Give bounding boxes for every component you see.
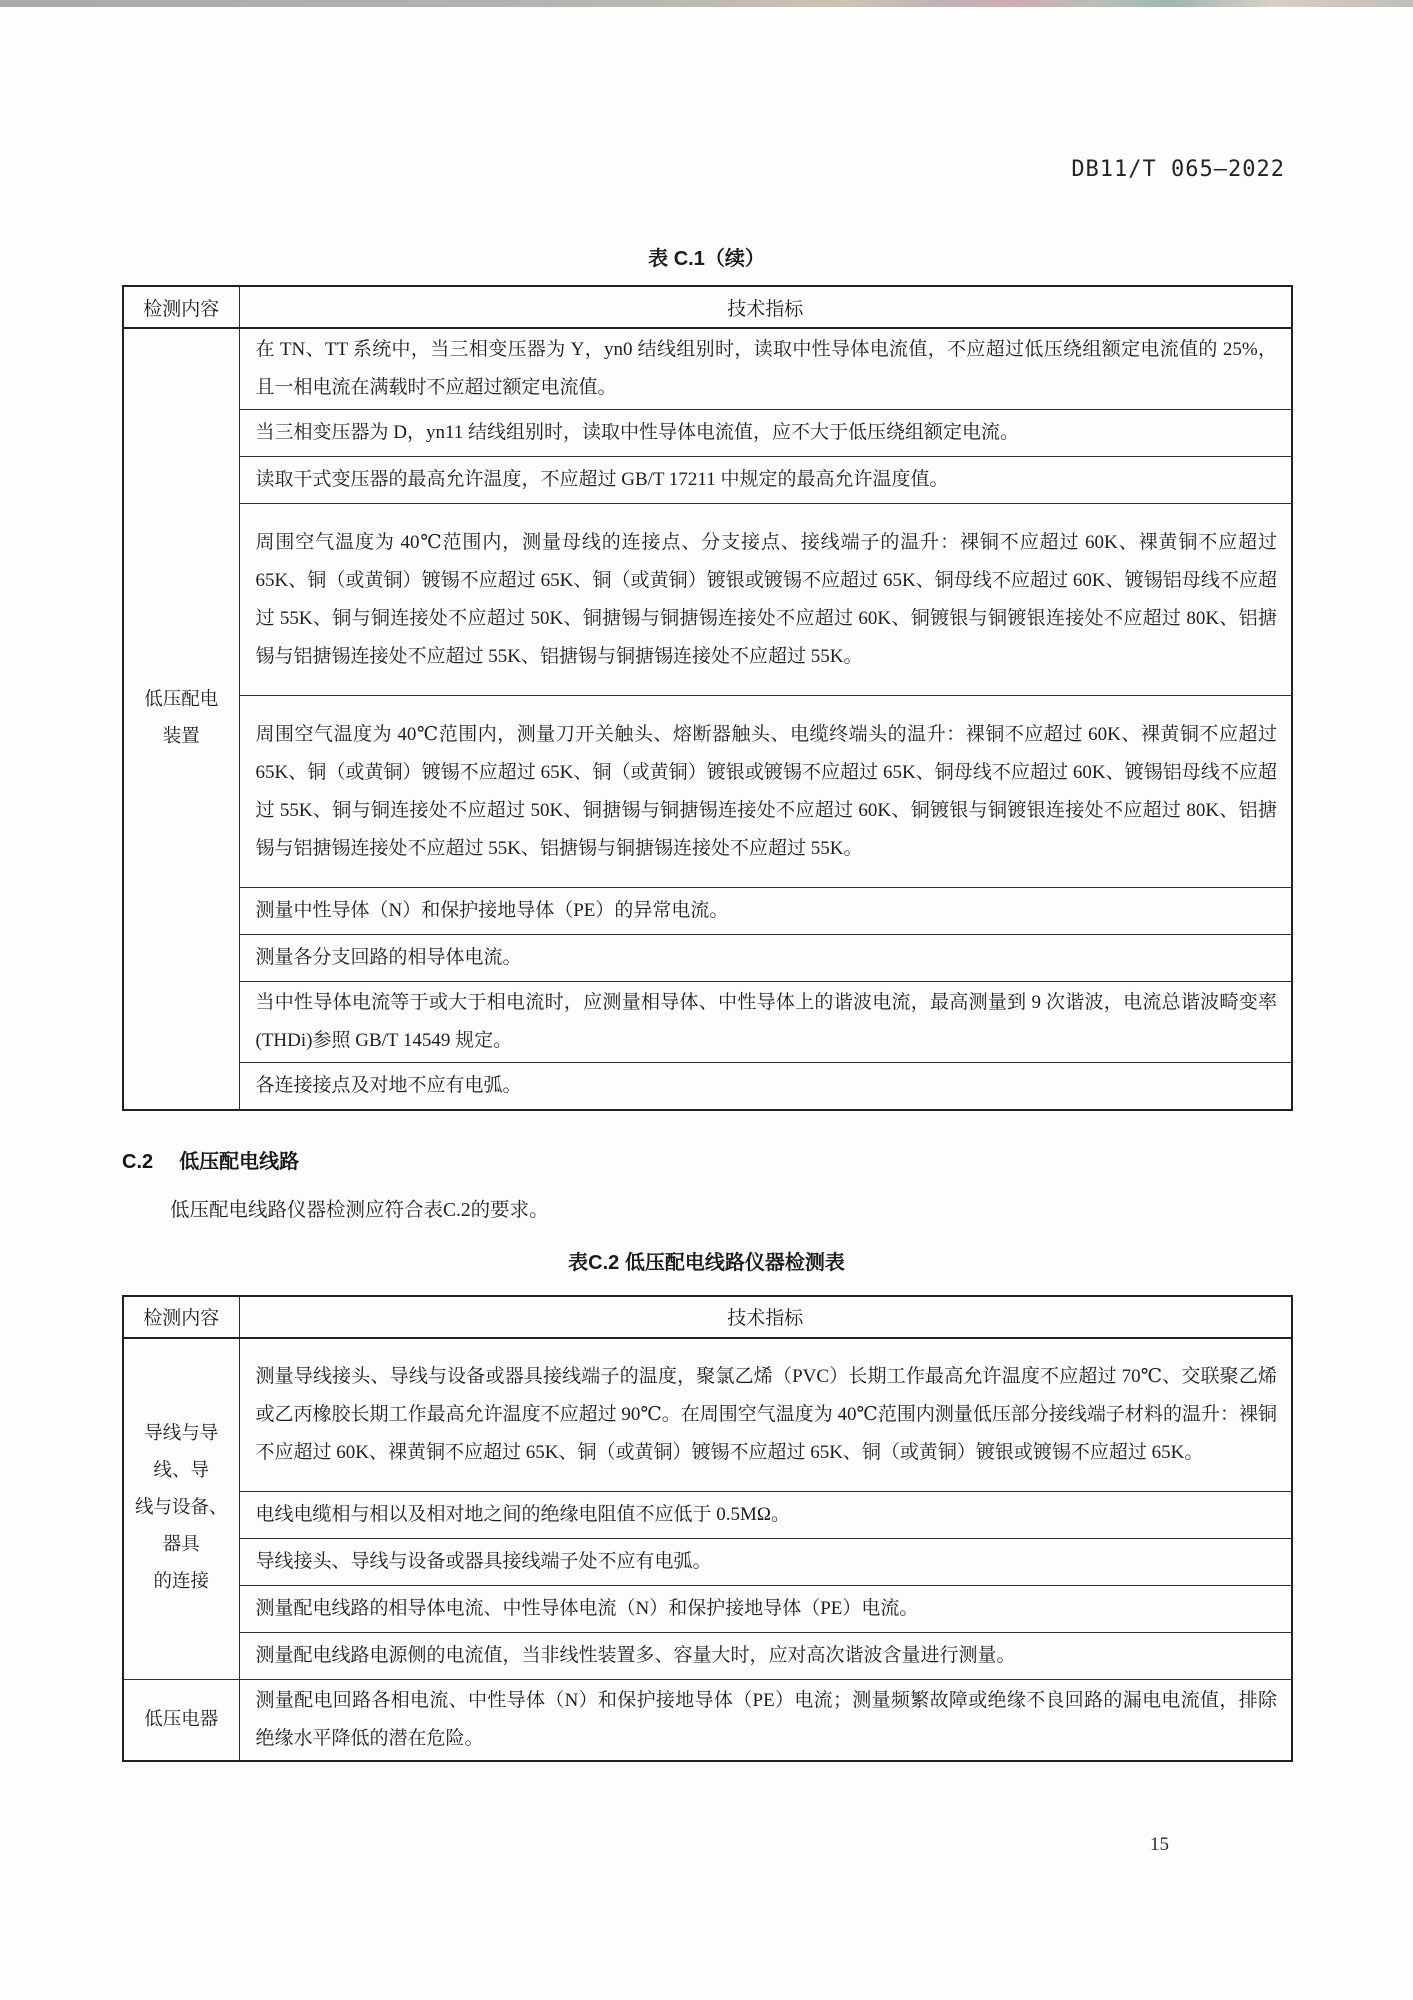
table-cell: 在 TN、TT 系统中，当三相变压器为 Y，yn0 结线组别时，读取中性导体电流…: [239, 328, 1292, 410]
section-title: 低压配电线路: [179, 1151, 299, 1173]
table-c2: 检测内容 技术指标 导线与导线、导 线与设备、器具 的连接 测量导线接头、导线与…: [122, 1295, 1293, 1763]
page-content: DB11/T 065—2022 表 C.1（续） 检测内容 技术指标 低压配电 …: [122, 157, 1291, 1762]
table-cell: 测量配电线路电源侧的电流值，当非线性装置多、容量大时，应对高次谐波含量进行测量。: [239, 1633, 1292, 1680]
section-c2-heading: C.2低压配电线路: [122, 1145, 1291, 1174]
document-page: DB11/T 065—2022 表 C.1（续） 检测内容 技术指标 低压配电 …: [0, 0, 1413, 2000]
doc-number: DB11/T 065—2022: [122, 157, 1291, 182]
table-cell: 测量中性导体（N）和保护接地导体（PE）的异常电流。: [239, 888, 1292, 935]
table-c1-col-header-spec: 技术指标: [239, 286, 1292, 328]
table-c1-col-header-content: 检测内容: [123, 286, 239, 328]
table-c2-col-header-spec: 技术指标: [239, 1296, 1292, 1338]
table-cell: 读取干式变压器的最高允许温度，不应超过 GB/T 17211 中规定的最高允许温…: [239, 457, 1292, 504]
table-cell: 测量各分支回路的相导体电流。: [239, 935, 1292, 982]
table-cell: 周围空气温度为 40℃范围内，测量刀开关触头、熔断器触头、电缆终端头的温升：裸铜…: [239, 696, 1292, 888]
table-c1: 检测内容 技术指标 低压配电 装置 在 TN、TT 系统中，当三相变压器为 Y，…: [122, 285, 1293, 1111]
table-c2-group2-label: 低压电器: [123, 1680, 239, 1762]
table-cell: 测量配电线路的相导体电流、中性导体电流（N）和保护接地导体（PE）电流。: [239, 1586, 1292, 1633]
table-cell: 测量导线接头、导线与设备或器具接线端子的温度，聚氯乙烯（PVC）长期工作最高允许…: [239, 1338, 1292, 1492]
table-c2-title: 表C.2 低压配电线路仪器检测表: [122, 1246, 1291, 1275]
table-cell: 导线接头、导线与设备或器具接线端子处不应有电弧。: [239, 1539, 1292, 1586]
table-cell: 周围空气温度为 40℃范围内，测量母线的连接点、分支接点、接线端子的温升：裸铜不…: [239, 504, 1292, 696]
table-cell: 各连接接点及对地不应有电弧。: [239, 1063, 1292, 1110]
table-c2-group1-label: 导线与导线、导 线与设备、器具 的连接: [123, 1338, 239, 1680]
table-c1-row-label: 低压配电 装置: [123, 328, 239, 1110]
table-cell: 当中性导体电流等于或大于相电流时，应测量相导体、中性导体上的谐波电流，最高测量到…: [239, 982, 1292, 1063]
section-number: C.2: [122, 1151, 153, 1173]
table-cell: 测量配电回路各相电流、中性导体（N）和保护接地导体（PE）电流；测量频繁故障或绝…: [239, 1680, 1292, 1762]
scan-artifact-strip: [0, 0, 1413, 7]
table-c2-col-header-content: 检测内容: [123, 1296, 239, 1338]
table-cell: 当三相变压器为 D，yn11 结线组别时，读取中性导体电流值，应不大于低压绕组额…: [239, 410, 1292, 457]
table-cell: 电线电缆相与相以及相对地之间的绝缘电阻值不应低于 0.5MΩ。: [239, 1492, 1292, 1539]
page-number: 15: [1150, 1834, 1169, 1856]
table-c1-title: 表 C.1（续）: [122, 242, 1291, 271]
section-c2-paragraph: 低压配电线路仪器检测应符合表C.2的要求。: [122, 1194, 1291, 1222]
